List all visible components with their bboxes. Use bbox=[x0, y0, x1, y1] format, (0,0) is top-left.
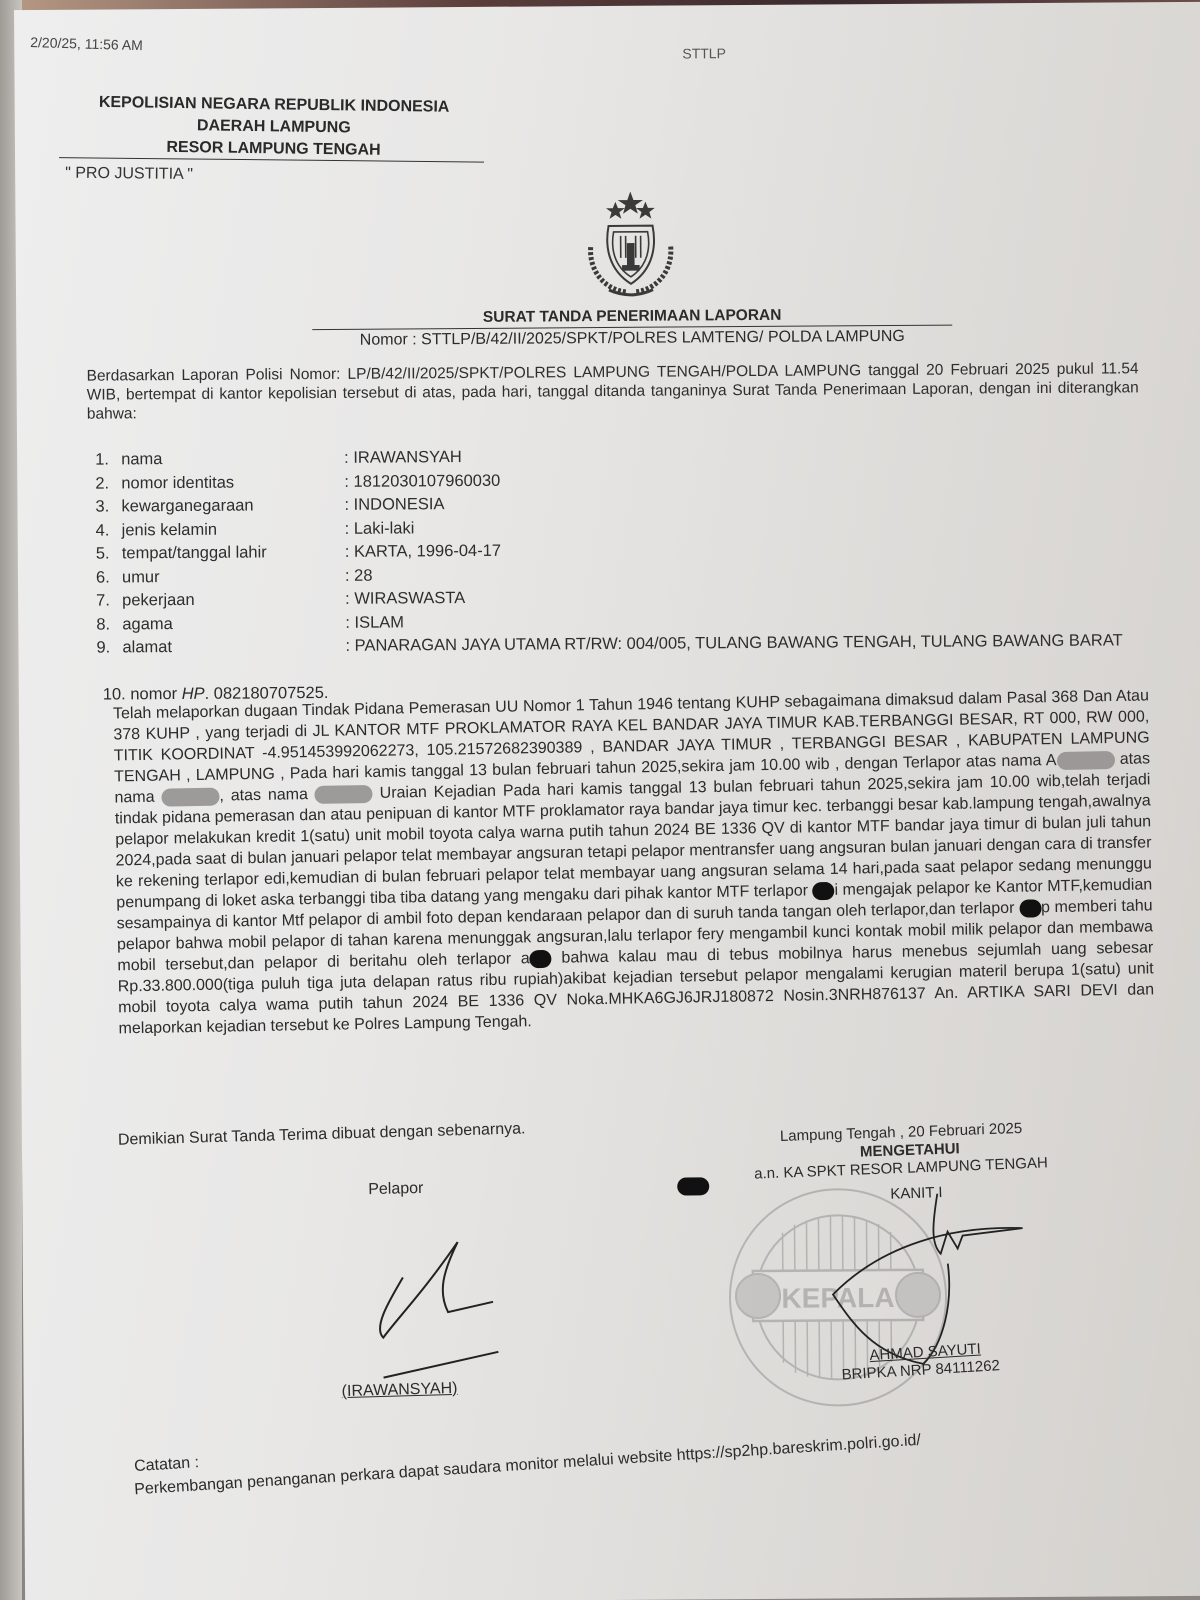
identity-label: umur bbox=[122, 564, 345, 589]
identity-num: 8. bbox=[96, 613, 122, 637]
closing-statement: Demikian Surat Tanda Terima dibuat denga… bbox=[118, 1120, 526, 1149]
redaction-mark bbox=[677, 1177, 709, 1195]
note-text: Perkembangan penanganan perkara dapat sa… bbox=[134, 1432, 922, 1499]
identity-num: 9. bbox=[96, 636, 122, 660]
identity-num: 4. bbox=[96, 519, 122, 543]
identity-label: nama bbox=[121, 447, 344, 472]
redaction-mark bbox=[315, 785, 373, 804]
tracking-website-link[interactable]: https://sp2hp.bareskrim.polri.go.id/ bbox=[676, 1432, 921, 1464]
reporter-name: (IRAWANSYAH) bbox=[341, 1380, 457, 1401]
document-code: STTLP bbox=[682, 45, 726, 61]
identity-label: alamat bbox=[122, 635, 345, 660]
redaction-mark bbox=[530, 950, 552, 968]
document-number: Nomor : STTLP/B/42/II/2025/SPKT/POLRES L… bbox=[312, 328, 952, 350]
identity-label: agama bbox=[122, 611, 345, 636]
letterhead: KEPOLISIAN NEGARA REPUBLIK INDONESIA DAE… bbox=[58, 91, 489, 163]
report-text: , atas nama bbox=[219, 786, 315, 805]
identity-num: 2. bbox=[95, 472, 121, 496]
document-title-block: SURAT TANDA PENERIMAAN LAPORAN Nomor : S… bbox=[312, 306, 952, 350]
document-title: SURAT TANDA PENERIMAAN LAPORAN bbox=[312, 306, 952, 330]
identity-label: tempat/tanggal lahir bbox=[122, 541, 345, 566]
pro-justitia: " PRO JUSTITIA " bbox=[65, 165, 193, 184]
identity-label: nomor identitas bbox=[121, 470, 344, 495]
identity-num: 7. bbox=[96, 589, 122, 613]
redaction-mark bbox=[161, 787, 219, 806]
police-emblem-icon bbox=[570, 191, 691, 302]
note-label: Catatan : bbox=[134, 1454, 200, 1476]
reporter-label: Pelapor bbox=[368, 1180, 424, 1199]
redaction-mark bbox=[1056, 751, 1114, 770]
redaction-mark bbox=[1019, 899, 1041, 917]
identity-num: 3. bbox=[95, 495, 121, 519]
intro-paragraph: Berdasarkan Laporan Polisi Nomor: LP/B/4… bbox=[87, 359, 1139, 423]
identity-list: 1.nama: IRAWANSYAH2.nomor identitas: 181… bbox=[95, 441, 1156, 660]
document-paper: 2/20/25, 11:56 AM STTLP KEPOLISIAN NEGAR… bbox=[14, 2, 1200, 1600]
identity-label: jenis kelamin bbox=[122, 517, 345, 542]
phone-prefix: 10. nomor bbox=[103, 685, 182, 704]
identity-num: 1. bbox=[95, 448, 121, 472]
redaction-mark bbox=[812, 882, 834, 900]
identity-num: 5. bbox=[96, 542, 122, 566]
identity-value: : PANARAGAN JAYA UTAMA RT/RW: 004/005, T… bbox=[345, 629, 1156, 658]
phone-label: HP bbox=[182, 685, 205, 703]
report-text: Telah melaporkan dugaan Tindak Pidana Pe… bbox=[113, 687, 1150, 785]
print-timestamp: 2/20/25, 11:56 AM bbox=[30, 34, 143, 53]
reporter-signature-icon bbox=[363, 1232, 514, 1383]
identity-label: pekerjaan bbox=[122, 588, 345, 613]
note-body: Perkembangan penanganan perkara dapat sa… bbox=[134, 1447, 677, 1498]
identity-label: kewarganegaraan bbox=[121, 494, 344, 519]
report-body: Telah melaporkan dugaan Tindak Pidana Pe… bbox=[113, 685, 1155, 1039]
identity-num: 6. bbox=[96, 566, 122, 590]
